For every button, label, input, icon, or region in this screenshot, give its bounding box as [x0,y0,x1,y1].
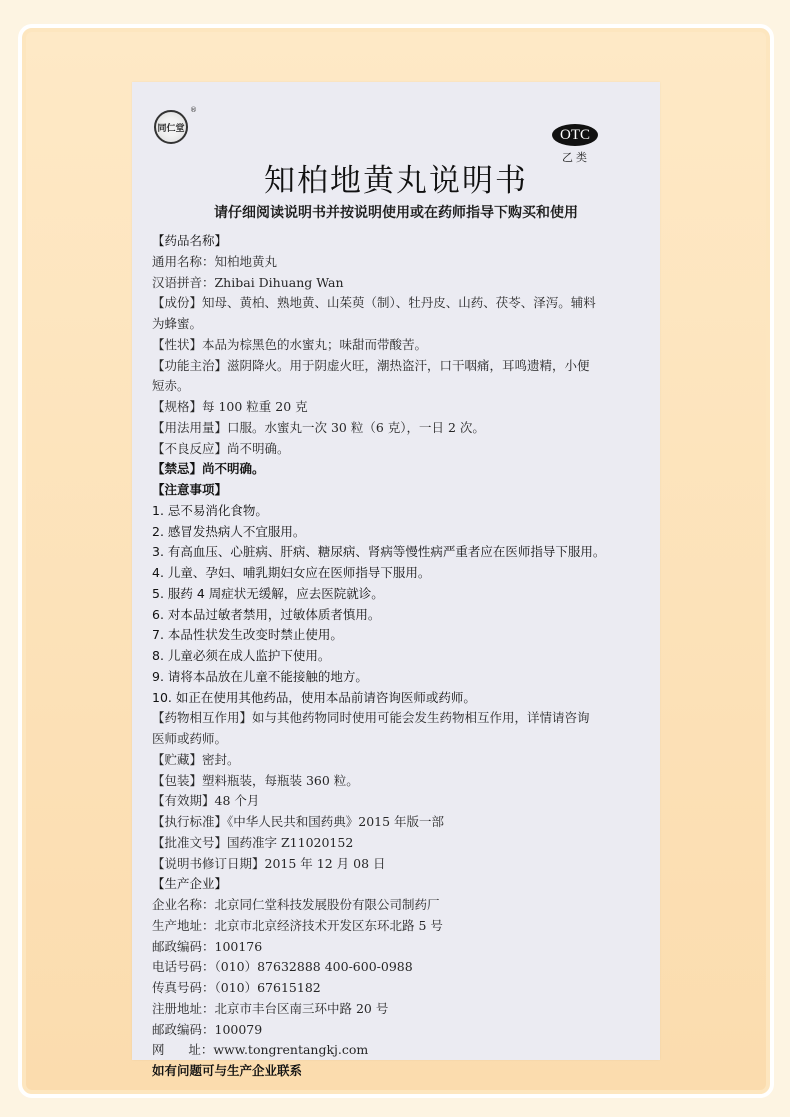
precaution-item: 8. 儿童必须在成人监护下使用。 [152,646,652,667]
section-heading-drug-name: 【药品名称】 [152,231,652,252]
postal-code: 邮政编码：100176 [152,937,652,958]
postal-code: 邮政编码：100079 [152,1020,652,1041]
page-subtitle: 请仔细阅读说明书并按说明使用或在药师指导下购买和使用 [132,204,660,222]
instruction-leaflet: 同仁堂 ® OTC 乙类 知柏地黄丸说明书 请仔细阅读说明书并按说明使用或在药师… [132,82,660,1060]
website: 网 址：www.tongrentangkj.com [152,1040,652,1061]
precaution-item: 4. 儿童、孕妇、哺乳期妇女应在医师指导下服用。 [152,563,652,584]
indications-line-2: 短赤。 [152,376,652,397]
precaution-item: 9. 请将本品放在儿童不能接触的地方。 [152,667,652,688]
adverse-reactions: 【不良反应】尚不明确。 [152,439,652,460]
company-name: 企业名称：北京同仁堂科技发展股份有限公司制药厂 [152,895,652,916]
phone-number: 电话号码：（010）87632888 400-600-0988 [152,957,652,978]
precaution-item: 7. 本品性状发生改变时禁止使用。 [152,625,652,646]
contact-note: 如有问题可与生产企业联系 [152,1061,652,1082]
indications-line-1: 【功能主治】滋阴降火。用于阴虚火旺，潮热盗汗，口干咽痛，耳鸣遗精，小便 [152,356,652,377]
contraindications: 【禁忌】尚不明确。 [152,459,652,480]
section-heading-manufacturer: 【生产企业】 [152,874,652,895]
otc-badge: OTC [552,124,598,146]
dosage: 【用法用量】口服。水蜜丸一次 30 粒（6 克），一日 2 次。 [152,418,652,439]
approval-number: 【批准文号】国药准字 Z11020152 [152,833,652,854]
registered-address: 注册地址：北京市丰台区南三环中路 20 号 [152,999,652,1020]
leaflet-body: 【药品名称】 通用名称：知柏地黄丸 汉语拼音：Zhibai Dihuang Wa… [152,231,652,1082]
interactions-line-1: 【药物相互作用】如与其他药物同时使用可能会发生药物相互作用，详情请咨询 [152,708,652,729]
registered-mark: ® [190,106,197,114]
tongrentang-logo-icon: 同仁堂 [154,110,188,144]
shelf-life: 【有效期】48 个月 [152,791,652,812]
precaution-item: 5. 服药 4 周症状无缓解，应去医院就诊。 [152,584,652,605]
precaution-item: 1. 忌不易消化食物。 [152,501,652,522]
description: 【性状】本品为棕黑色的水蜜丸；味甜而带酸苦。 [152,335,652,356]
packaging: 【包装】塑料瓶装，每瓶装 360 粒。 [152,771,652,792]
specification: 【规格】每 100 粒重 20 克 [152,397,652,418]
precaution-item: 10. 如正在使用其他药品，使用本品前请咨询医师或药师。 [152,688,652,709]
interactions-line-2: 医师或药师。 [152,729,652,750]
revision-date: 【说明书修订日期】2015 年 12 月 08 日 [152,854,652,875]
precaution-item: 2. 感冒发热病人不宜服用。 [152,522,652,543]
execution-standard: 【执行标准】《中华人民共和国药典》2015 年版一部 [152,812,652,833]
precaution-item: 3. 有高血压、心脏病、肝病、糖尿病、肾病等慢性病严重者应在医师指导下服用。 [152,542,652,563]
page-title: 知柏地黄丸说明书 [132,164,660,198]
precaution-item: 6. 对本品过敏者禁用，过敏体质者慎用。 [152,605,652,626]
storage: 【贮藏】密封。 [152,750,652,771]
fax-number: 传真号码：（010）67615182 [152,978,652,999]
ingredients-line-1: 【成份】知母、黄柏、熟地黄、山茱萸（制）、牡丹皮、山药、茯苓、泽泻。辅料 [152,293,652,314]
pinyin-name: 汉语拼音：Zhibai Dihuang Wan [152,273,652,294]
ingredients-line-2: 为蜂蜜。 [152,314,652,335]
section-heading-precautions: 【注意事项】 [152,480,652,501]
otc-class-label: 乙类 [556,149,596,165]
generic-name: 通用名称：知柏地黄丸 [152,252,652,273]
production-address: 生产地址：北京市北京经济技术开发区东环北路 5 号 [152,916,652,937]
